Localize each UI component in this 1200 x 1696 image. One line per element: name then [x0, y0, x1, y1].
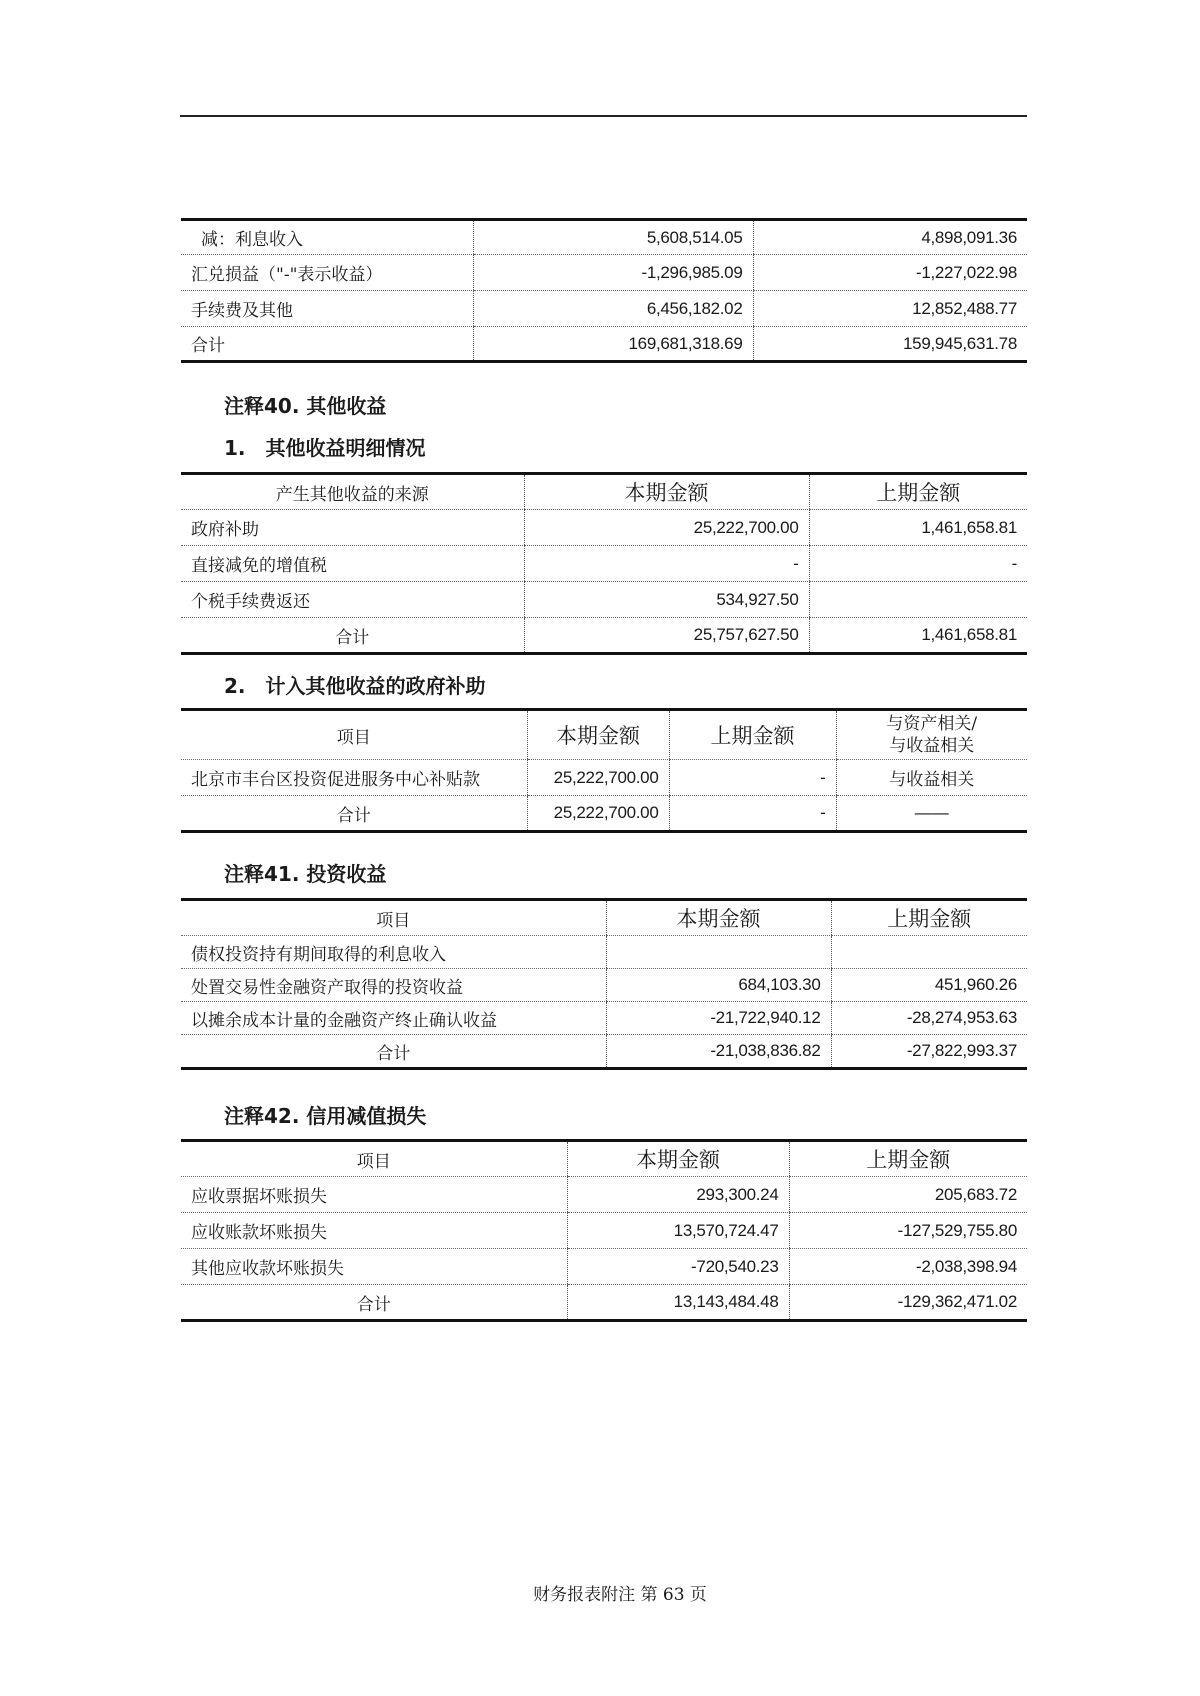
row-label: 个税手续费返还	[181, 582, 524, 618]
table-row: 债权投资持有期间取得的利息收入	[181, 936, 1027, 969]
table-row: 应收账款坏账损失 13,570,724.47 -127,529,755.80	[181, 1213, 1027, 1249]
relation: ——	[836, 796, 1027, 832]
relation-header-line1: 与资产相关/	[847, 713, 1018, 735]
prior-amount: -	[809, 546, 1027, 582]
table-row: 政府补助 25,222,700.00 1,461,658.81	[181, 510, 1027, 546]
prior-amount	[809, 582, 1027, 618]
table-row: 以摊余成本计量的金融资产终止确认收益 -21,722,940.12 -28,27…	[181, 1002, 1027, 1035]
header-row: 项目 本期金额 上期金额	[181, 900, 1027, 936]
row-label: 直接减免的增值税	[181, 546, 524, 582]
page-footer: 财务报表附注 第 63 页	[0, 1580, 1200, 1605]
current-amount: -1,296,985.09	[473, 255, 753, 291]
row-label: 合计	[181, 1035, 606, 1069]
current-amount: -720,540.23	[567, 1249, 789, 1285]
total-row: 合计 13,143,484.48 -129,362,471.02	[181, 1285, 1027, 1321]
table-row: 直接减免的增值税 - -	[181, 546, 1027, 582]
current-amount: 684,103.30	[606, 969, 831, 1002]
col-header-prior: 上期金额	[809, 474, 1027, 510]
col-header-prior: 上期金额	[669, 710, 836, 760]
note40-subtitle-1: 1. 其他收益明细情况	[224, 432, 426, 461]
prior-amount: -27,822,993.37	[831, 1035, 1027, 1069]
col-header-item: 项目	[181, 1141, 567, 1177]
row-label: 处置交易性金融资产取得的投资收益	[181, 969, 606, 1002]
note42-title: 注释42. 信用减值损失	[224, 1100, 426, 1129]
prior-amount: 4,898,091.36	[753, 220, 1027, 255]
current-amount: -21,038,836.82	[606, 1035, 831, 1069]
prior-amount: 1,461,658.81	[809, 618, 1027, 654]
col-header-prior: 上期金额	[831, 900, 1027, 936]
table-row: 汇兑损益（"-"表示收益） -1,296,985.09 -1,227,022.9…	[181, 255, 1027, 291]
note40-title: 注释40. 其他收益	[224, 390, 386, 419]
prior-amount: -2,038,398.94	[789, 1249, 1027, 1285]
credit-impairment-table: 项目 本期金额 上期金额 应收票据坏账损失 293,300.24 205,683…	[181, 1139, 1027, 1322]
table-row: 个税手续费返还 534,927.50	[181, 582, 1027, 618]
table-row: 应收票据坏账损失 293,300.24 205,683.72	[181, 1177, 1027, 1213]
col-header-current: 本期金额	[567, 1141, 789, 1177]
current-amount: 6,456,182.02	[473, 291, 753, 327]
prior-amount: 159,945,631.78	[753, 327, 1027, 362]
financial-expense-table: 减：利息收入 5,608,514.05 4,898,091.36 汇兑损益（"-…	[181, 218, 1027, 363]
current-amount	[606, 936, 831, 969]
prior-amount: -	[669, 796, 836, 832]
header-row: 项目 本期金额 上期金额 与资产相关/ 与收益相关	[181, 710, 1027, 760]
prior-amount: -1,227,022.98	[753, 255, 1027, 291]
relation: 与收益相关	[836, 760, 1027, 796]
prior-amount: 1,461,658.81	[809, 510, 1027, 546]
prior-amount: 451,960.26	[831, 969, 1027, 1002]
col-header-prior: 上期金额	[789, 1141, 1027, 1177]
current-amount: 293,300.24	[567, 1177, 789, 1213]
row-label: 应收票据坏账损失	[181, 1177, 567, 1213]
col-header-current: 本期金额	[606, 900, 831, 936]
header-row: 产生其他收益的来源 本期金额 上期金额	[181, 474, 1027, 510]
row-label: 应收账款坏账损失	[181, 1213, 567, 1249]
prior-amount: -127,529,755.80	[789, 1213, 1027, 1249]
prior-amount	[831, 936, 1027, 969]
current-amount: 534,927.50	[524, 582, 809, 618]
table-row: 减：利息收入 5,608,514.05 4,898,091.36	[181, 220, 1027, 255]
row-label: 其他应收款坏账损失	[181, 1249, 567, 1285]
row-label: 合计	[181, 618, 524, 654]
table-row: 处置交易性金融资产取得的投资收益 684,103.30 451,960.26	[181, 969, 1027, 1002]
prior-amount: 205,683.72	[789, 1177, 1027, 1213]
current-amount: 5,608,514.05	[473, 220, 753, 255]
prior-amount: -28,274,953.63	[831, 1002, 1027, 1035]
relation-header-line2: 与收益相关	[847, 735, 1018, 757]
row-label: 合计	[181, 327, 473, 362]
row-label: 北京市丰台区投资促进服务中心补贴款	[181, 760, 527, 796]
col-header-current: 本期金额	[524, 474, 809, 510]
prior-amount: -	[669, 760, 836, 796]
total-row: 合计 25,222,700.00 - ——	[181, 796, 1027, 832]
investment-income-table: 项目 本期金额 上期金额 债权投资持有期间取得的利息收入 处置交易性金融资产取得…	[181, 898, 1027, 1070]
current-amount: 25,222,700.00	[527, 760, 669, 796]
col-header-relation: 与资产相关/ 与收益相关	[836, 710, 1027, 760]
row-label: 合计	[181, 1285, 567, 1321]
row-label: 减：利息收入	[181, 220, 473, 255]
row-label: 汇兑损益（"-"表示收益）	[181, 255, 473, 291]
prior-amount: 12,852,488.77	[753, 291, 1027, 327]
row-label: 手续费及其他	[181, 291, 473, 327]
col-header-item: 项目	[181, 900, 606, 936]
total-row: 合计 169,681,318.69 159,945,631.78	[181, 327, 1027, 362]
current-amount: 25,222,700.00	[527, 796, 669, 832]
current-amount: -21,722,940.12	[606, 1002, 831, 1035]
header-row: 项目 本期金额 上期金额	[181, 1141, 1027, 1177]
table-row: 其他应收款坏账损失 -720,540.23 -2,038,398.94	[181, 1249, 1027, 1285]
total-row: 合计 25,757,627.50 1,461,658.81	[181, 618, 1027, 654]
row-label: 债权投资持有期间取得的利息收入	[181, 936, 606, 969]
current-amount: -	[524, 546, 809, 582]
row-label: 合计	[181, 796, 527, 832]
note40-subtitle-2: 2. 计入其他收益的政府补助	[224, 670, 486, 699]
government-subsidy-table: 项目 本期金额 上期金额 与资产相关/ 与收益相关 北京市丰台区投资促进服务中心…	[181, 708, 1027, 833]
note41-title: 注释41. 投资收益	[224, 858, 386, 887]
current-amount: 25,222,700.00	[524, 510, 809, 546]
header-rule	[180, 115, 1027, 117]
current-amount: 169,681,318.69	[473, 327, 753, 362]
current-amount: 13,143,484.48	[567, 1285, 789, 1321]
table-row: 手续费及其他 6,456,182.02 12,852,488.77	[181, 291, 1027, 327]
col-header-item: 项目	[181, 710, 527, 760]
current-amount: 25,757,627.50	[524, 618, 809, 654]
table-row: 北京市丰台区投资促进服务中心补贴款 25,222,700.00 - 与收益相关	[181, 760, 1027, 796]
row-label: 政府补助	[181, 510, 524, 546]
current-amount: 13,570,724.47	[567, 1213, 789, 1249]
prior-amount: -129,362,471.02	[789, 1285, 1027, 1321]
other-income-table: 产生其他收益的来源 本期金额 上期金额 政府补助 25,222,700.00 1…	[181, 472, 1027, 655]
col-header-current: 本期金额	[527, 710, 669, 760]
col-header-source: 产生其他收益的来源	[181, 474, 524, 510]
total-row: 合计 -21,038,836.82 -27,822,993.37	[181, 1035, 1027, 1069]
row-label: 以摊余成本计量的金融资产终止确认收益	[181, 1002, 606, 1035]
